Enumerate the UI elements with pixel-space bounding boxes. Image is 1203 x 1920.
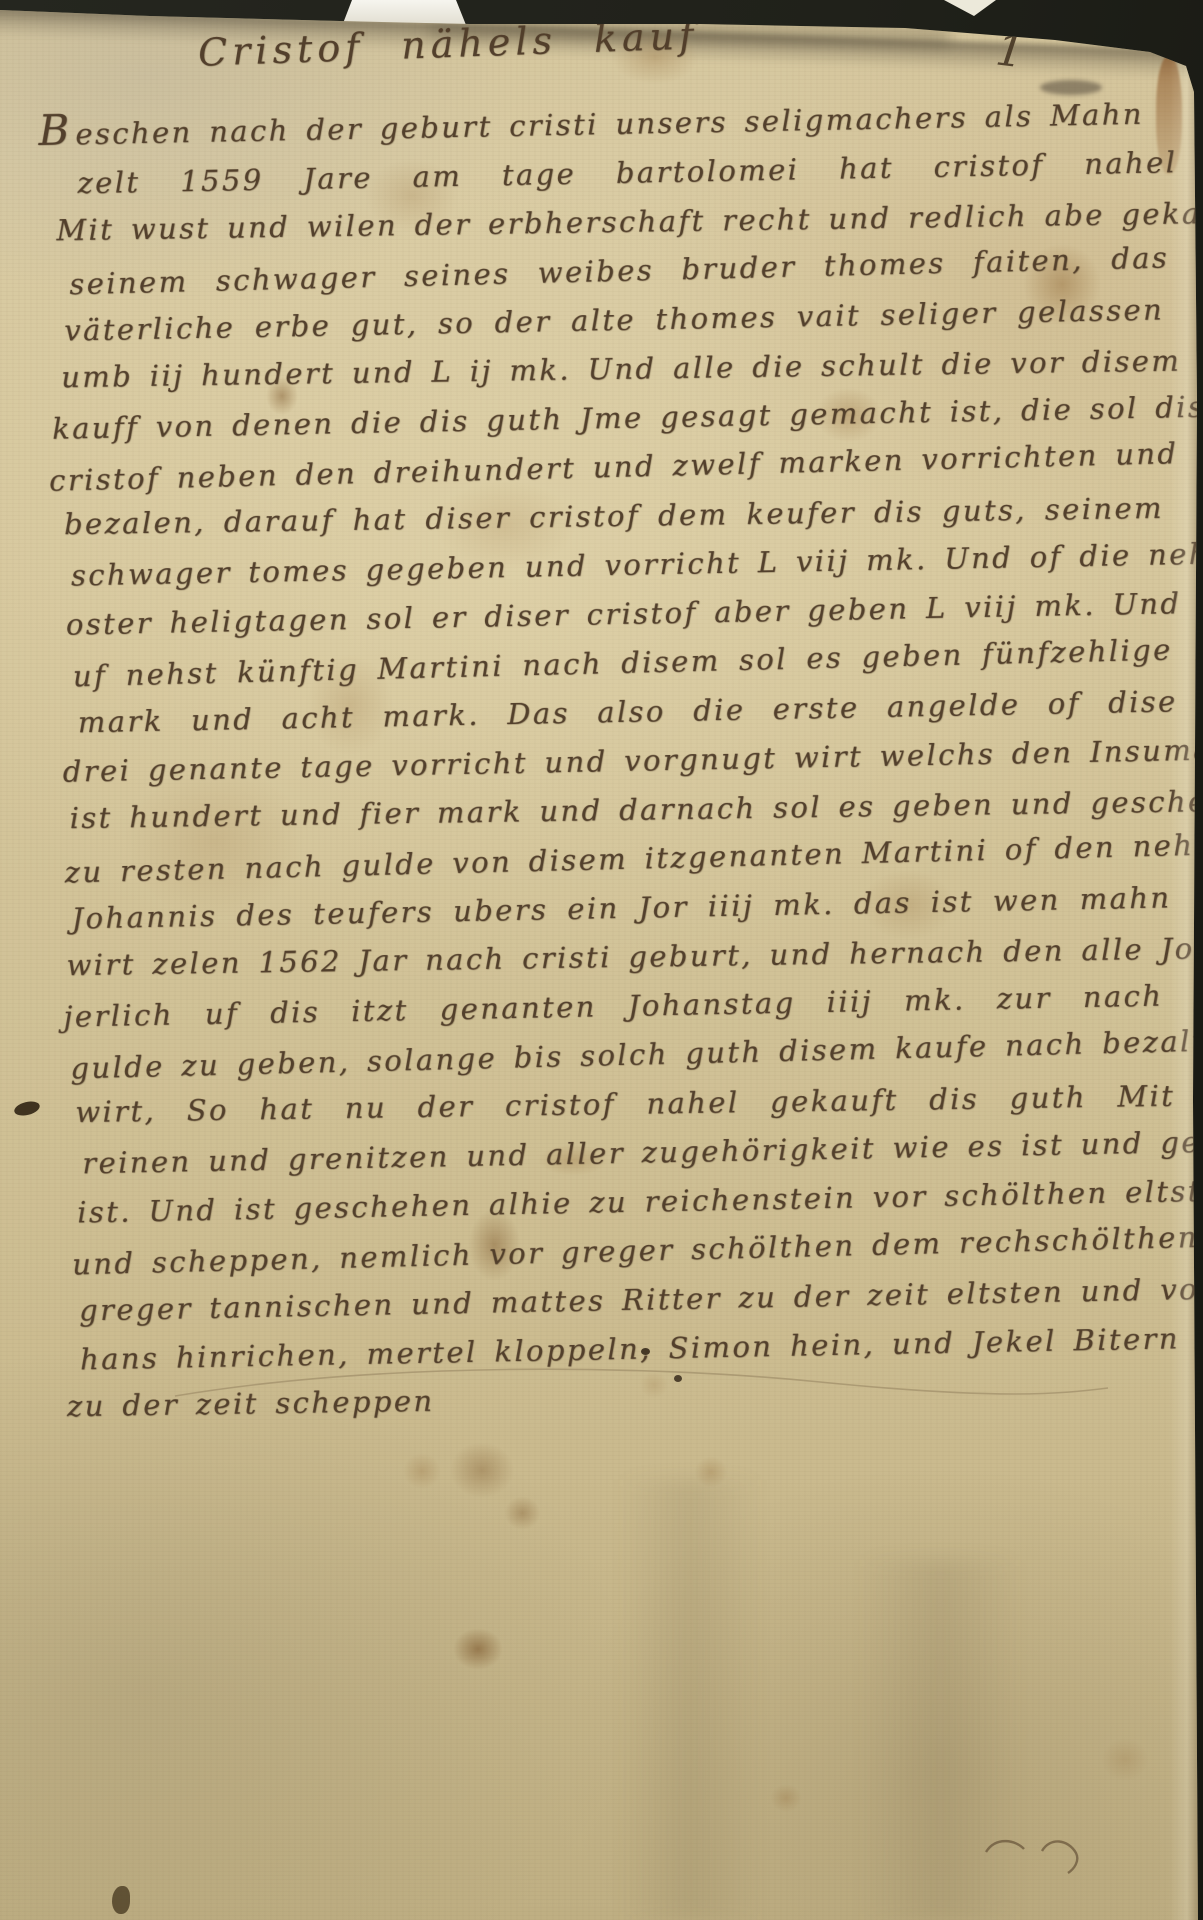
ink-stain — [600, 22, 710, 92]
ink-stain — [398, 1448, 446, 1494]
manuscript-line: Mit wust und wilen der erbherschaft rech… — [56, 190, 1157, 255]
manuscript-line: väterliche erbe gut, so der alte thomes … — [64, 285, 1165, 355]
manuscript-line: wirt, So hat nu der cristof nahel gekauf… — [75, 1072, 1176, 1137]
ink-stain — [806, 380, 891, 450]
manuscript-line: und scheppen, nemlich vor greger schölth… — [72, 1214, 1173, 1290]
ink-stain — [100, 740, 330, 940]
manuscript-line: schwager tomes gegeben und vorricht L vi… — [71, 530, 1172, 600]
manuscript-line: Beschen nach der geburt cristi unsers se… — [38, 85, 1139, 160]
manuscript-line: gulde zu geben, solange bis solch guth d… — [70, 1018, 1171, 1094]
manuscript-line: zu der zeit scheppen — [67, 1366, 1186, 1432]
edge-drip-stain — [1156, 56, 1182, 174]
manuscript-line: umb iij hundert und L ij mk. Und alle di… — [61, 337, 1162, 402]
ink-stain — [415, 468, 595, 583]
manuscript-line: hans hinrichen, mertel kloppeln, Simon h… — [80, 1314, 1181, 1384]
paper-tab-small — [944, 0, 996, 16]
ink-stain — [447, 1623, 509, 1675]
manuscript-line: wirt zelen 1562 Jar nach cristi geburt, … — [66, 925, 1167, 990]
ink-stain — [766, 1780, 806, 1816]
page-top-smudge — [430, 17, 950, 48]
folio-number: 1 — [993, 24, 1027, 78]
ink-dot — [641, 1348, 650, 1355]
manuscript-line: greger tannischen und mattes Ritter zu d… — [79, 1265, 1180, 1335]
ink-stain — [442, 1435, 522, 1505]
ink-stain — [462, 1200, 527, 1290]
manuscript-line: uf nehst künftig Martini nach disem sol … — [72, 625, 1173, 701]
manuscript-line: reinen und grenitzen und aller zugehörig… — [82, 1118, 1183, 1188]
manuscript-line: zu resten nach gulde von disem itzgenant… — [64, 822, 1165, 898]
ink-stain — [1095, 1732, 1155, 1787]
page-top-edge-shadow — [0, 6, 1203, 81]
manuscript-text: Beschen nach der geburt cristi unsers se… — [38, 84, 1185, 1433]
ink-stain — [500, 1492, 545, 1534]
manuscript-line: cristof neben den dreihundert und zwelf … — [49, 430, 1150, 506]
manuscript-line: zelt 1559 Jare am tage bartolomei hat cr… — [77, 138, 1178, 208]
manuscript-line: seinem schwager seines weibes bruder tho… — [69, 233, 1170, 309]
manuscript-line: bezalen, darauf hat diser cristof dem ke… — [64, 484, 1165, 549]
ink-stain — [690, 1452, 732, 1492]
smudge-mark — [1040, 80, 1102, 95]
pen-squiggle — [986, 1841, 1077, 1873]
ink-stain — [636, 1368, 672, 1402]
manuscript-line: mark und acht mark. Das also die erste a… — [77, 677, 1178, 747]
manuscript-page: Cristof nähels kauf 1 Beschen nach der g… — [0, 0, 1203, 1920]
manuscript-line: drei genante tage vorricht und vorgnugt … — [62, 727, 1163, 797]
ink-dot — [674, 1375, 682, 1382]
ink-stain — [1012, 232, 1112, 337]
red-mark — [26, 2, 44, 10]
ink-stain — [295, 640, 405, 770]
manuscript-scan: Cristof nähels kauf 1 Beschen nach der g… — [0, 0, 1203, 1920]
manuscript-line: ist hundert und fier mark und darnach so… — [69, 778, 1170, 843]
grime-streak — [860, 1560, 1020, 1920]
manuscript-line: Johannis des teufers ubers ein Jor iiij … — [71, 873, 1172, 943]
crease-line — [0, 0, 1203, 1920]
manuscript-line: oster heligtagen sol er diser cristof ab… — [65, 579, 1166, 649]
ink-stain — [352, 148, 472, 243]
grime-streak — [620, 1480, 760, 1920]
manuscript-line: jerlich uf dis itzt genanten Johanstag i… — [63, 972, 1164, 1042]
ink-stain — [262, 372, 302, 420]
manuscript-line: kauff von denen die dis guth Jme gesagt … — [52, 384, 1153, 454]
ink-stain — [848, 860, 968, 950]
ink-blot — [112, 1886, 130, 1914]
ink-stain — [528, 1140, 618, 1180]
manuscript-line: ist. Und ist geschehen alhie zu reichens… — [77, 1167, 1178, 1237]
ink-blot — [13, 1099, 41, 1118]
